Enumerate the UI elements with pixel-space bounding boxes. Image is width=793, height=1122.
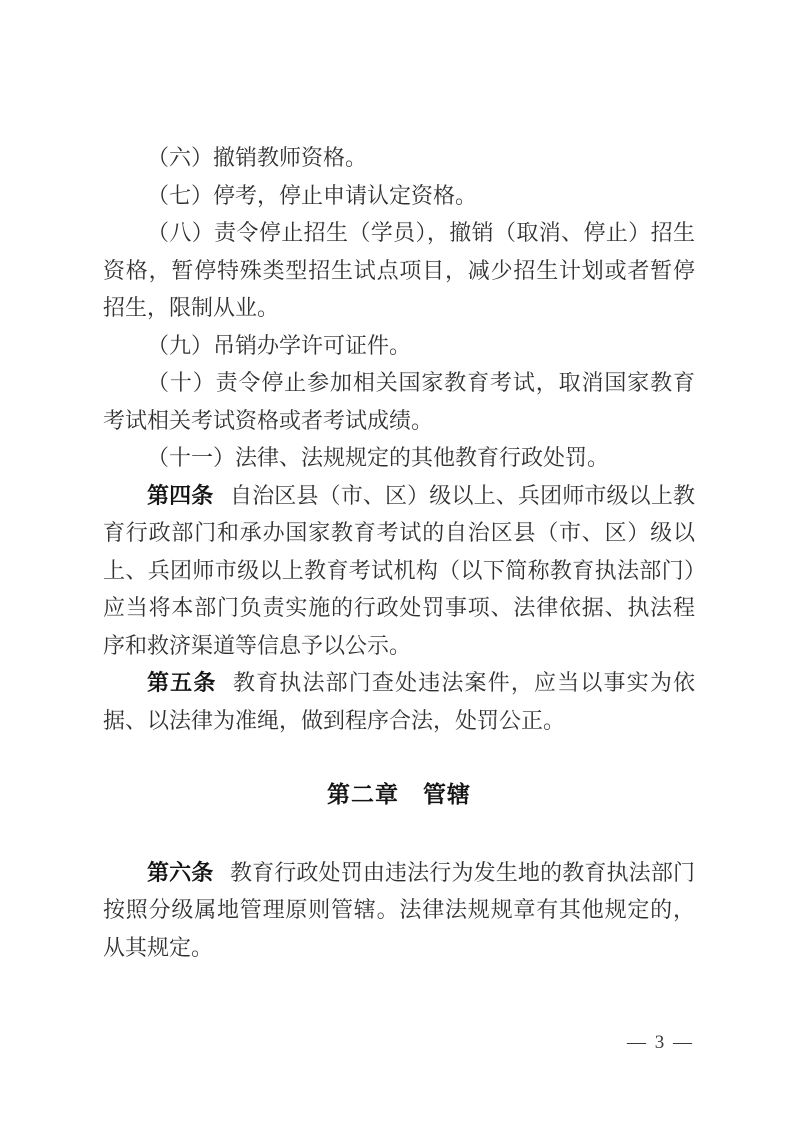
document-body: （六）撤销教师资格。 （七）停考，停止申请认定资格。 （八）责令停止招生（学员）… <box>103 139 695 966</box>
article-4-label: 第四条 <box>147 483 213 508</box>
article-6-label: 第六条 <box>147 860 213 885</box>
article-4: 第四条自治区县（市、区）级以上、兵团师市级以上教育行政部门和承办国家教育考试的自… <box>103 477 695 665</box>
article-5-label: 第五条 <box>147 670 216 695</box>
article-4-text: 自治区县（市、区）级以上、兵团师市级以上教育行政部门和承办国家教育考试的自治区县… <box>103 483 695 658</box>
clause-item-6: （六）撤销教师资格。 <box>103 139 695 177</box>
clause-item-11: （十一）法律、法规规定的其他教育行政处罚。 <box>103 439 695 477</box>
clause-item-9: （九）吊销办学许可证件。 <box>103 327 695 365</box>
document-page: （六）撤销教师资格。 （七）停考，停止申请认定资格。 （八）责令停止招生（学员）… <box>0 0 793 1122</box>
article-5: 第五条教育执法部门查处违法案件，应当以事实为依据、以法律为准绳，做到程序合法，处… <box>103 664 695 739</box>
chapter-2-heading: 第二章 管辖 <box>103 776 695 814</box>
article-6: 第六条教育行政处罚由违法行为发生地的教育执法部门按照分级属地管理原则管辖。法律法… <box>103 854 695 967</box>
clause-item-7: （七）停考，停止申请认定资格。 <box>103 177 695 215</box>
clause-item-10: （十）责令停止参加相关国家教育考试，取消国家教育考试相关考试资格或者考试成绩。 <box>103 364 695 439</box>
page-number: — 3 — <box>627 1031 787 1055</box>
clause-item-8: （八）责令停止招生（学员），撤销（取消、停止）招生资格，暂停特殊类型招生试点项目… <box>103 214 695 327</box>
